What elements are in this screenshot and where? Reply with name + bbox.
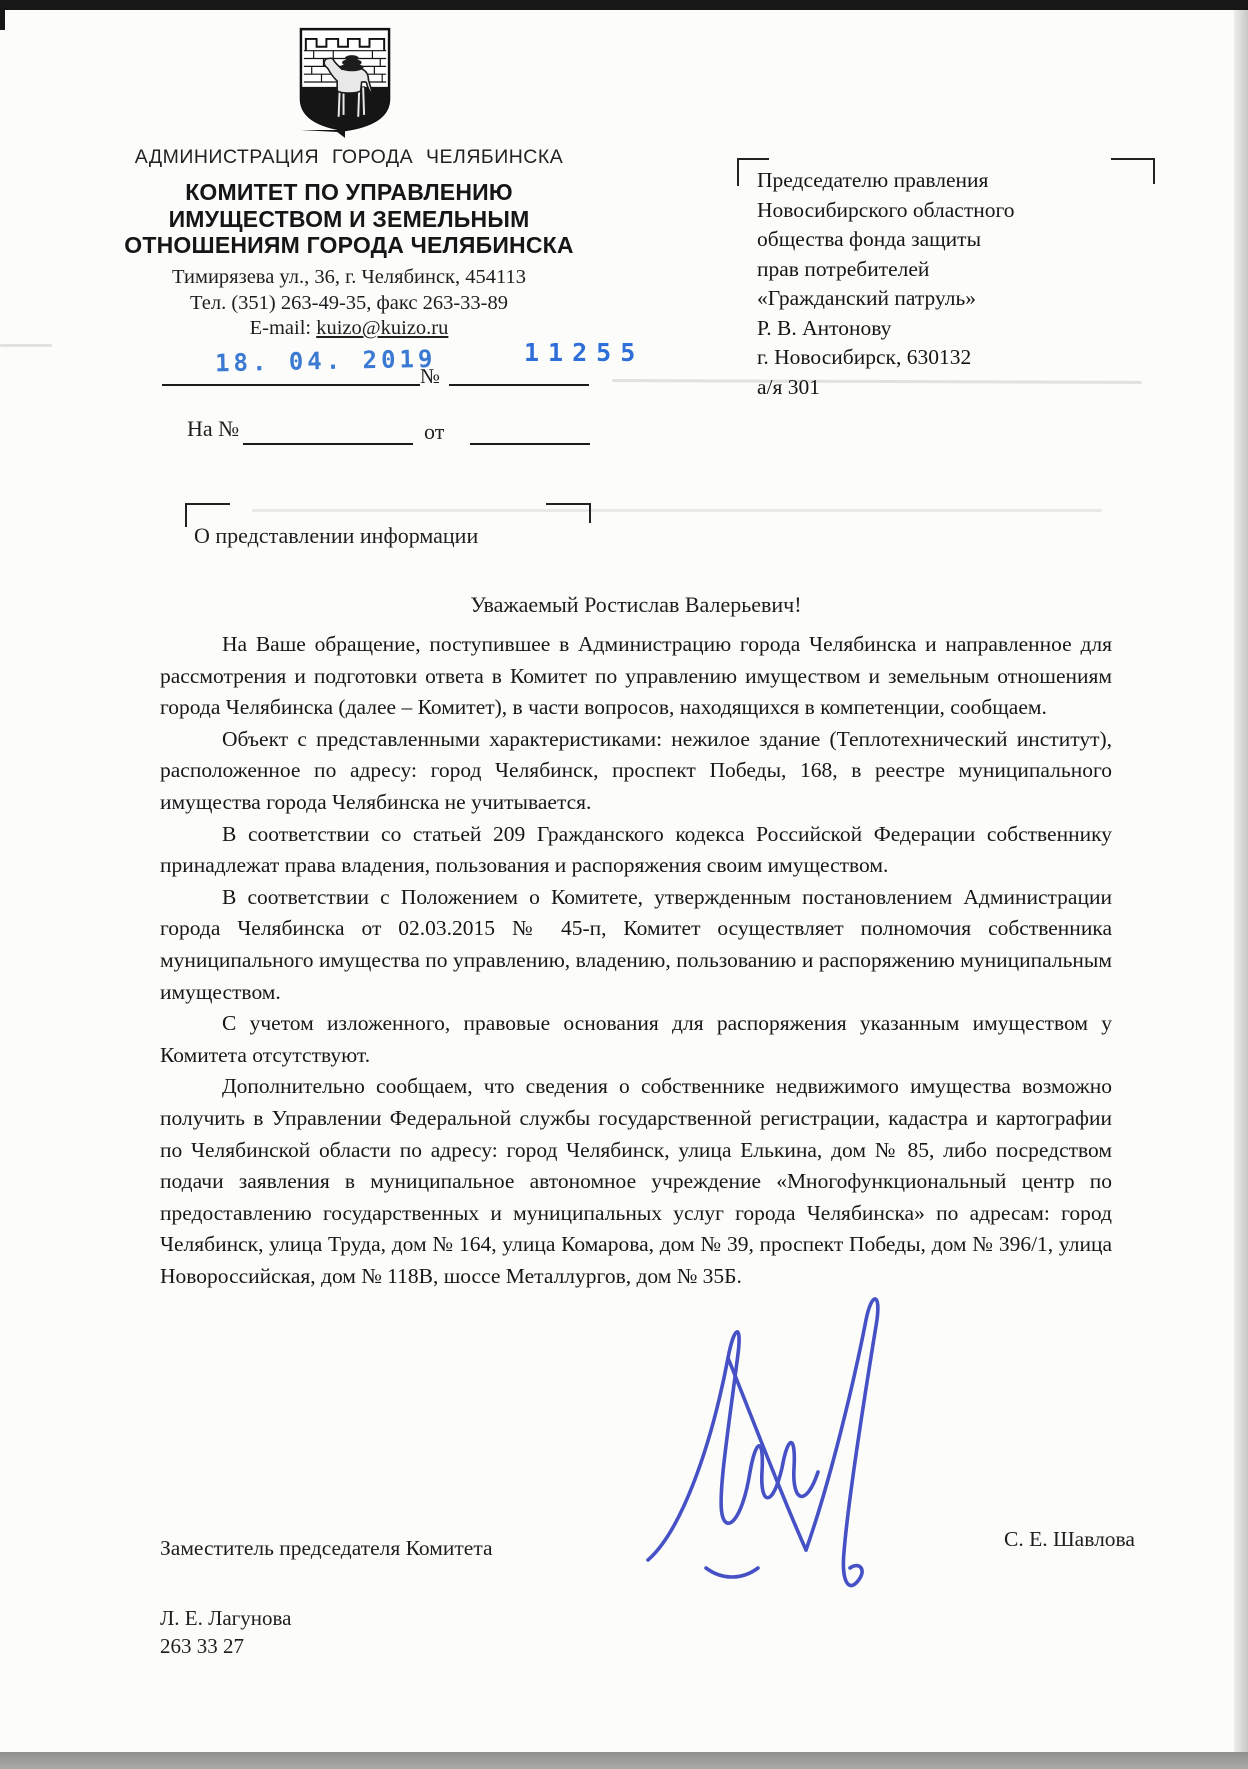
coat-of-arms-icon bbox=[298, 26, 392, 145]
email-label: E-mail: bbox=[250, 317, 317, 339]
signer-name: С. Е. Шавлова bbox=[1004, 1527, 1135, 1552]
body-paragraph: С учетом изложенного, правовые основания… bbox=[160, 1008, 1112, 1071]
committee-title-line: ОТНОШЕНИЯМ ГОРОДА ЧЕЛЯБИНСКА bbox=[113, 232, 585, 259]
number-rule-line bbox=[449, 384, 589, 386]
body-paragraph: В соответствии со статьей 209 Гражданско… bbox=[160, 819, 1112, 882]
reply-from-label: от bbox=[424, 419, 444, 445]
number-sign: № bbox=[420, 364, 440, 389]
body-paragraph: На Ваше обращение, поступившее в Админис… bbox=[160, 629, 1112, 724]
scan-left-corner-mark bbox=[0, 0, 5, 30]
recipient-address-block: Председателю правленияНовосибирского обл… bbox=[757, 166, 1137, 402]
committee-title: КОМИТЕТ ПО УПРАВЛЕНИЮИМУЩЕСТВОМ И ЗЕМЕЛЬ… bbox=[113, 179, 585, 259]
scan-top-edge-band bbox=[0, 0, 1248, 10]
letterhead-address: Тимирязева ул., 36, г. Челябинск, 454113 bbox=[113, 266, 585, 289]
signature-autograph-icon bbox=[610, 1262, 940, 1612]
date-stamp: 18. 04. 2019 bbox=[215, 345, 437, 378]
reply-number-rule-line bbox=[243, 443, 413, 445]
body-paragraph: В соответствии с Положением о Комитете, … bbox=[160, 882, 1112, 1008]
subject-line: О представлении информации bbox=[194, 523, 478, 549]
salutation: Уважаемый Ростислав Валерьевич! bbox=[160, 592, 1112, 618]
date-rule-line bbox=[162, 384, 420, 386]
scan-streak-artifact bbox=[252, 509, 1102, 512]
email-address: kuizo@kuizo.ru bbox=[316, 317, 448, 339]
executor-phone: 263 33 27 bbox=[160, 1634, 244, 1659]
body-paragraph: Объект с представленными характеристикам… bbox=[160, 724, 1112, 819]
scanned-letter-page: АДМИНИСТРАЦИЯ ГОРОДА ЧЕЛЯБИНСКА КОМИТЕТ … bbox=[0, 0, 1248, 1769]
registration-number-stamp: 11255 bbox=[524, 338, 644, 367]
recipient-line: Новосибирского областного bbox=[757, 196, 1137, 226]
letterhead-phone: Тел. (351) 263-49-35, факс 263-33-89 bbox=[113, 292, 585, 315]
executor-name: Л. Е. Лагунова bbox=[160, 1606, 291, 1631]
recipient-line: а/я 301 bbox=[757, 373, 1137, 403]
recipient-line: «Гражданский патруль» bbox=[757, 284, 1137, 314]
letterhead-email: E-mail: kuizo@kuizo.ru bbox=[113, 317, 585, 340]
body-paragraph: Дополнительно сообщаем, что сведения о с… bbox=[160, 1071, 1112, 1292]
letter-body: На Ваше обращение, поступившее в Админис… bbox=[160, 629, 1112, 1292]
subject-corner-mark-right bbox=[546, 503, 591, 523]
recipient-line: общества фонда защиты bbox=[757, 225, 1137, 255]
committee-title-line: КОМИТЕТ ПО УПРАВЛЕНИЮ bbox=[113, 179, 585, 206]
recipient-line: Председателю правления bbox=[757, 166, 1137, 196]
reply-date-rule-line bbox=[470, 443, 590, 445]
signer-position-title: Заместитель председателя Комитета bbox=[160, 1536, 493, 1561]
administration-title: АДМИНИСТРАЦИЯ ГОРОДА ЧЕЛЯБИНСКА bbox=[113, 146, 585, 169]
recipient-line: Р. В. Антонову bbox=[757, 314, 1137, 344]
scan-streak-artifact bbox=[0, 344, 52, 347]
reply-to-number-label: На № bbox=[187, 416, 239, 442]
scan-right-edge-shadow bbox=[1234, 10, 1248, 1752]
recipient-line: прав потребителей bbox=[757, 255, 1137, 285]
committee-title-line: ИМУЩЕСТВОМ И ЗЕМЕЛЬНЫМ bbox=[113, 206, 585, 233]
scan-bottom-edge-band bbox=[0, 1752, 1248, 1769]
recipient-line: г. Новосибирск, 630132 bbox=[757, 343, 1137, 373]
